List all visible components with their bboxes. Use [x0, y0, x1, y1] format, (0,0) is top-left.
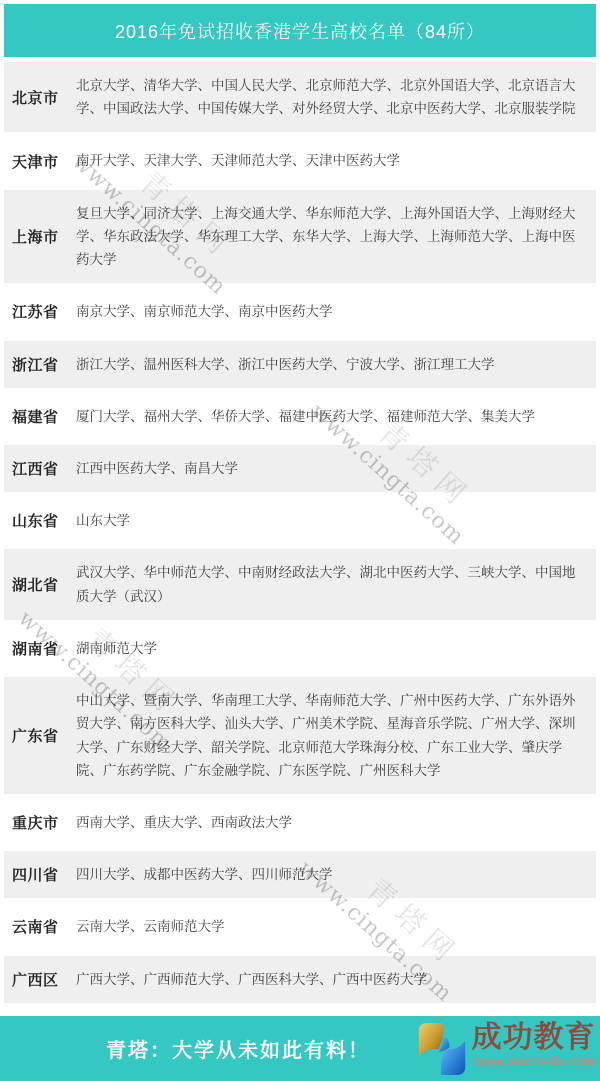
- region-label: 江西省: [4, 458, 70, 479]
- brand-name: 成功教育: [472, 1021, 597, 1056]
- table-row: 江西省 江西中医药大学、南昌大学: [4, 445, 596, 492]
- brand-block: 成功教育 www.succedu.com: [416, 1021, 597, 1077]
- table-row: 湖南省 湖南师范大学: [4, 625, 596, 672]
- university-list: 湖南师范大学: [70, 625, 596, 672]
- university-list: 北京大学、清华大学、中国人民大学、北京师范大学、北京外国语大学、北京语言大学、中…: [70, 62, 596, 132]
- region-label: 云南省: [4, 916, 70, 937]
- table-row: 江苏省 南京大学、南京师范大学、南京中医药大学: [4, 288, 596, 335]
- infographic-page: 2016年免试招收香港学生高校名单（84所） 北京市 北京大学、清华大学、中国人…: [0, 0, 600, 1081]
- region-label: 北京市: [4, 87, 70, 108]
- region-label: 广东省: [4, 725, 70, 746]
- region-label: 重庆市: [4, 812, 70, 833]
- region-label: 江苏省: [4, 301, 70, 322]
- region-label: 湖南省: [4, 638, 70, 659]
- university-list: 复旦大学、同济大学、上海交通大学、华东师范大学、上海外国语大学、上海财经大学、华…: [70, 190, 596, 284]
- table-row: 天津市 南开大学、天津大学、天津师范大学、天津中医药大学: [4, 137, 596, 184]
- table-row: 湖北省 武汉大学、华中师范大学、中南财经政法大学、湖北中医药大学、三峡大学、中国…: [4, 549, 596, 619]
- table-row: 广东省 中山大学、暨南大学、华南理工大学、华南师范大学、广州中医药大学、广东外语…: [4, 677, 596, 794]
- succedu-logo-icon: [416, 1021, 468, 1077]
- university-list: 西南大学、重庆大学、西南政法大学: [70, 799, 596, 846]
- university-list: 云南大学、云南师范大学: [70, 903, 596, 950]
- footer-bar: 青塔：大学从未如此有料！: [0, 1016, 600, 1081]
- university-list: 浙江大学、温州医科大学、浙江中医药大学、宁波大学、浙江理工大学: [70, 341, 596, 388]
- region-label: 湖北省: [4, 574, 70, 595]
- university-list: 中山大学、暨南大学、华南理工大学、华南师范大学、广州中医药大学、广东外语外贸大学…: [70, 677, 596, 794]
- university-list: 厦门大学、福州大学、华侨大学、福建中医药大学、福建师范大学、集美大学: [70, 393, 596, 440]
- region-label: 四川省: [4, 864, 70, 885]
- page-title: 2016年免试招收香港学生高校名单（84所）: [115, 18, 485, 44]
- university-list: 南开大学、天津大学、天津师范大学、天津中医药大学: [70, 137, 596, 184]
- region-label: 山东省: [4, 510, 70, 531]
- table-row: 广西区 广西大学、广西师范大学、广西医科大学、广西中医药大学: [4, 956, 596, 1003]
- university-list: 江西中医药大学、南昌大学: [70, 445, 596, 492]
- title-bar: 2016年免试招收香港学生高校名单（84所）: [4, 4, 596, 57]
- university-list: 武汉大学、华中师范大学、中南财经政法大学、湖北中医药大学、三峡大学、中国地质大学…: [70, 549, 596, 619]
- table-row: 重庆市 西南大学、重庆大学、西南政法大学: [4, 799, 596, 846]
- region-label: 福建省: [4, 406, 70, 427]
- footer-slogan: 青塔：大学从未如此有料！: [106, 1034, 370, 1063]
- table-row: 上海市 复旦大学、同济大学、上海交通大学、华东师范大学、上海外国语大学、上海财经…: [4, 190, 596, 284]
- university-list: 南京大学、南京师范大学、南京中医药大学: [70, 288, 596, 335]
- table-row: 浙江省 浙江大学、温州医科大学、浙江中医药大学、宁波大学、浙江理工大学: [4, 341, 596, 388]
- table-row: 四川省 四川大学、成都中医药大学、四川师范大学: [4, 851, 596, 898]
- university-list: 山东大学: [70, 497, 596, 544]
- table-row: 北京市 北京大学、清华大学、中国人民大学、北京师范大学、北京外国语大学、北京语言…: [4, 62, 596, 132]
- brand-text: 成功教育 www.succedu.com: [472, 1021, 597, 1069]
- table-row: 福建省 厦门大学、福州大学、华侨大学、福建中医药大学、福建师范大学、集美大学: [4, 393, 596, 440]
- region-label: 广西区: [4, 969, 70, 990]
- brand-url: www.succedu.com: [472, 1053, 597, 1069]
- region-label: 浙江省: [4, 354, 70, 375]
- university-table: 北京市 北京大学、清华大学、中国人民大学、北京师范大学、北京外国语大学、北京语言…: [0, 57, 600, 1012]
- region-label: 上海市: [4, 226, 70, 247]
- university-list: 四川大学、成都中医药大学、四川师范大学: [70, 851, 596, 898]
- table-row: 云南省 云南大学、云南师范大学: [4, 903, 596, 950]
- table-row: 山东省 山东大学: [4, 497, 596, 544]
- region-label: 天津市: [4, 151, 70, 172]
- university-list: 广西大学、广西师范大学、广西医科大学、广西中医药大学: [70, 956, 596, 1003]
